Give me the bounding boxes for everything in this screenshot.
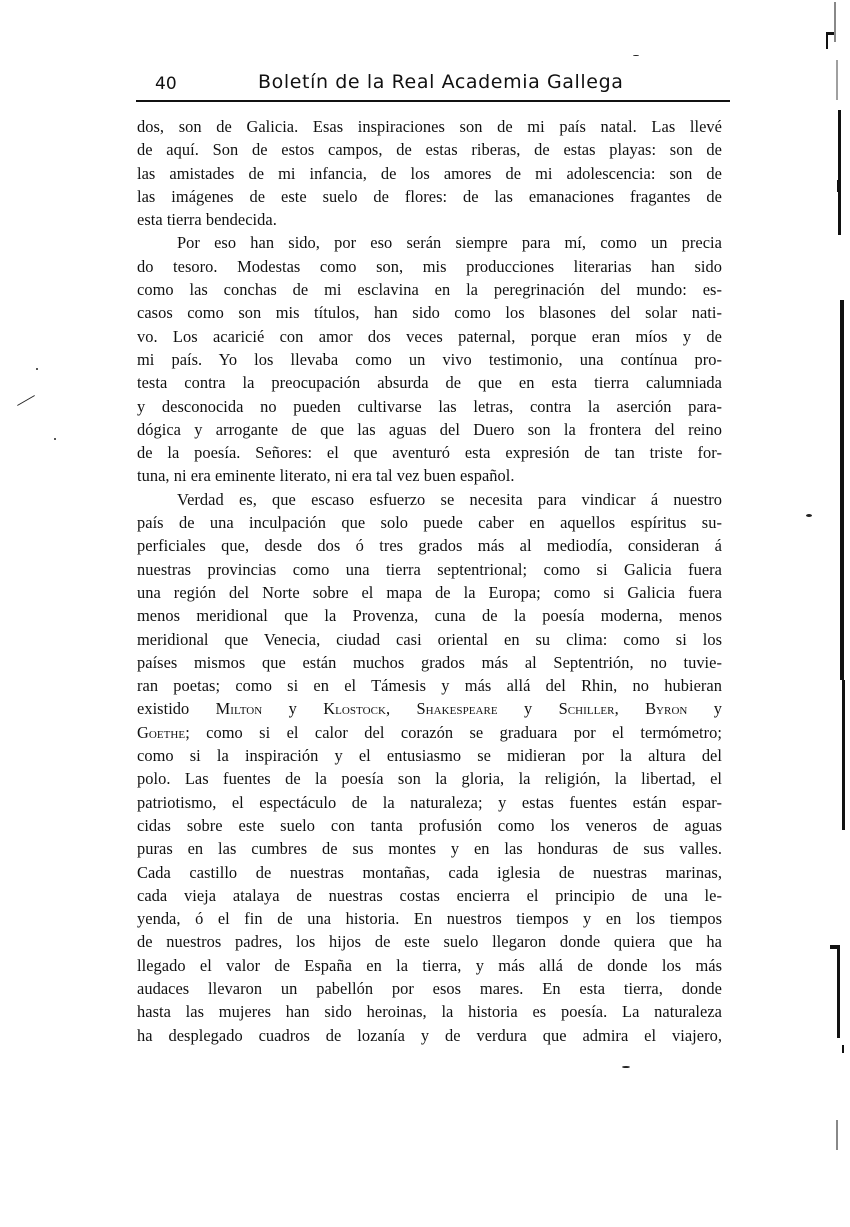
paragraph-3: Verdad es, que escaso esfuerzo se necesi… — [137, 488, 722, 1047]
text-line: mi país. Yo los llevaba como un vivo tes… — [137, 348, 722, 371]
text-line: de aquí. Son de estos campos, de estas r… — [137, 138, 722, 161]
scan-speck — [633, 55, 639, 56]
text-line: perficiales que, desde dos ó tres grados… — [137, 534, 722, 557]
author-name: Byron — [645, 699, 687, 718]
text-line: esta tierra bendecida. — [137, 208, 722, 231]
scan-speck — [622, 1066, 630, 1068]
text-line: ha desplegado cuadros de lozanía y de ve… — [137, 1024, 722, 1047]
text-line: polo. Las fuentes de la poesía son la gl… — [137, 767, 722, 790]
paragraph-2: Por eso han sido, por eso serán siempre … — [137, 231, 722, 487]
text-line: las imágenes de este suelo de flores: de… — [137, 185, 722, 208]
paragraph-1: dos, son de Galicia. Esas inspiraciones … — [137, 115, 722, 231]
text-line: una región del Norte sobre el mapa de la… — [137, 581, 722, 604]
text-line: Cada castillo de nuestras montañas, cada… — [137, 861, 722, 884]
text-line: nuestras provincias como una tierra sept… — [137, 558, 722, 581]
text-line: cada vieja atalaya de nuestras costas en… — [137, 884, 722, 907]
text-line-names: Goethe; como si el calor del corazón se … — [137, 721, 722, 744]
page-number: 40 — [155, 74, 177, 94]
text-line: casos como son mis títulos, han sido com… — [137, 301, 722, 324]
text-line: y desconocida no pueden cultivarse las l… — [137, 395, 722, 418]
scan-speck — [17, 395, 35, 406]
scan-binding-edge — [820, 0, 850, 1227]
author-name: Schiller — [559, 699, 615, 718]
text-line: como si la inspiración y el entusiasmo s… — [137, 744, 722, 767]
text-line: yenda, ó el fin de una historia. En nues… — [137, 907, 722, 930]
author-name: Goethe — [137, 723, 185, 742]
scan-speck — [806, 514, 812, 517]
text-line: Verdad es, que escaso esfuerzo se necesi… — [137, 488, 722, 511]
text-line: Por eso han sido, por eso serán siempre … — [137, 231, 722, 254]
text-line: testa contra la preocupación absurda de … — [137, 371, 722, 394]
scan-speck — [54, 438, 56, 440]
author-name: Shakespeare — [417, 699, 498, 718]
text-line: dos, son de Galicia. Esas inspiraciones … — [137, 115, 722, 138]
running-head: 40 Boletín de la Real Academia Gallega — [136, 70, 730, 102]
text-line: como las conchas de mi esclavina en la p… — [137, 278, 722, 301]
text-line: países mismos que están muchos grados má… — [137, 651, 722, 674]
text-line: país de una inculpación que solo puede c… — [137, 511, 722, 534]
text-line: de la poesía. Señores: el que aventuró e… — [137, 441, 722, 464]
text-line: menos meridional que la Provenza, cuna d… — [137, 604, 722, 627]
text-line: hasta las mujeres han sido heroinas, la … — [137, 1000, 722, 1023]
text-line: tuna, ni era eminente literato, ni era t… — [137, 464, 722, 487]
text-line-names: existido Milton y Klostock, Shakespeare … — [137, 697, 722, 720]
scan-speck — [36, 368, 38, 370]
author-name: Milton — [216, 699, 263, 718]
text-line: llegado el valor de España en la tierra,… — [137, 954, 722, 977]
text-line: dógica y arrogante de que las aguas del … — [137, 418, 722, 441]
body-text: dos, son de Galicia. Esas inspiraciones … — [137, 115, 722, 1047]
text-line: cidas sobre este suelo con tanta profusi… — [137, 814, 722, 837]
scanned-page: 40 Boletín de la Real Academia Gallega d… — [0, 0, 850, 1227]
text-line: puras en las cumbres de sus montes y en … — [137, 837, 722, 860]
text-line: meridional que Venecia, ciudad casi orie… — [137, 628, 722, 651]
text-line: patriotismo, el espectáculo de la natura… — [137, 791, 722, 814]
text-line: de nuestros padres, los hijos de este su… — [137, 930, 722, 953]
journal-title: Boletín de la Real Academia Gallega — [258, 71, 623, 93]
text-line: vo. Los acaricié con amor dos veces pate… — [137, 325, 722, 348]
text-line: ran poetas; como si en el Támesis y más … — [137, 674, 722, 697]
author-name: Klostock — [323, 699, 386, 718]
text-line: las amistades de mi infancia, de los amo… — [137, 162, 722, 185]
text-line: audaces llevaron un pabellón por esos ma… — [137, 977, 722, 1000]
text-line: do tesoro. Modestas como son, mis produc… — [137, 255, 722, 278]
